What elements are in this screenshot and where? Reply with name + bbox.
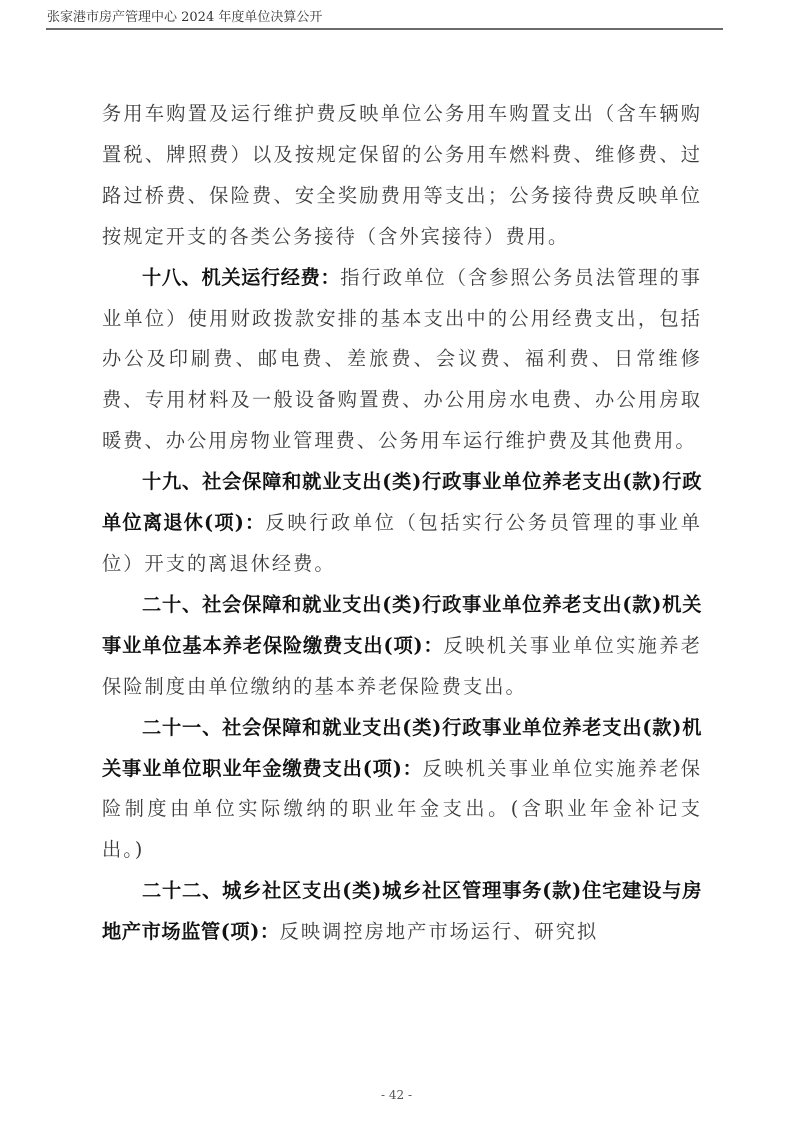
paragraph-18: 十八、机关运行经费：指行政单位（含参照公务员法管理的事业单位）使用财政拨款安排的…: [102, 258, 702, 463]
page-header: 张家港市房产管理中心 2024 年度单位决算公开: [46, 9, 723, 30]
paragraph-continuation: 务用车购置及运行维护费反映单位公务用车购置支出（含车辆购置税、牌照费）以及按规定…: [102, 94, 702, 258]
page-body: 务用车购置及运行维护费反映单位公务用车购置支出（含车辆购置税、牌照费）以及按规定…: [102, 94, 702, 953]
header-divider: [46, 28, 723, 30]
paragraph-text: 反映调控房地产市场运行、研究拟: [280, 920, 599, 943]
paragraph-22: 二十二、城乡社区支出(类)城乡社区管理事务(款)住宅建设与房地产市场监管(项)：…: [102, 871, 702, 953]
paragraph-heading: 十八、机关运行经费：: [142, 266, 340, 289]
page-number: - 42 -: [0, 1088, 793, 1102]
paragraph-19: 十九、社会保障和就业支出(类)行政事业单位养老支出(款)行政单位离退休(项)：反…: [102, 462, 702, 585]
paragraph-text: 务用车购置及运行维护费反映单位公务用车购置支出（含车辆购置税、牌照费）以及按规定…: [102, 102, 702, 248]
document-title: 张家港市房产管理中心 2024 年度单位决算公开: [46, 9, 723, 26]
paragraph-20: 二十、社会保障和就业支出(类)行政事业单位养老支出(款)机关事业单位基本养老保险…: [102, 585, 702, 708]
paragraph-21: 二十一、社会保障和就业支出(类)行政事业单位养老支出(款)机关事业单位职业年金缴…: [102, 708, 702, 872]
paragraph-text: 指行政单位（含参照公务员法管理的事业单位）使用财政拨款安排的基本支出中的公用经费…: [102, 266, 702, 453]
